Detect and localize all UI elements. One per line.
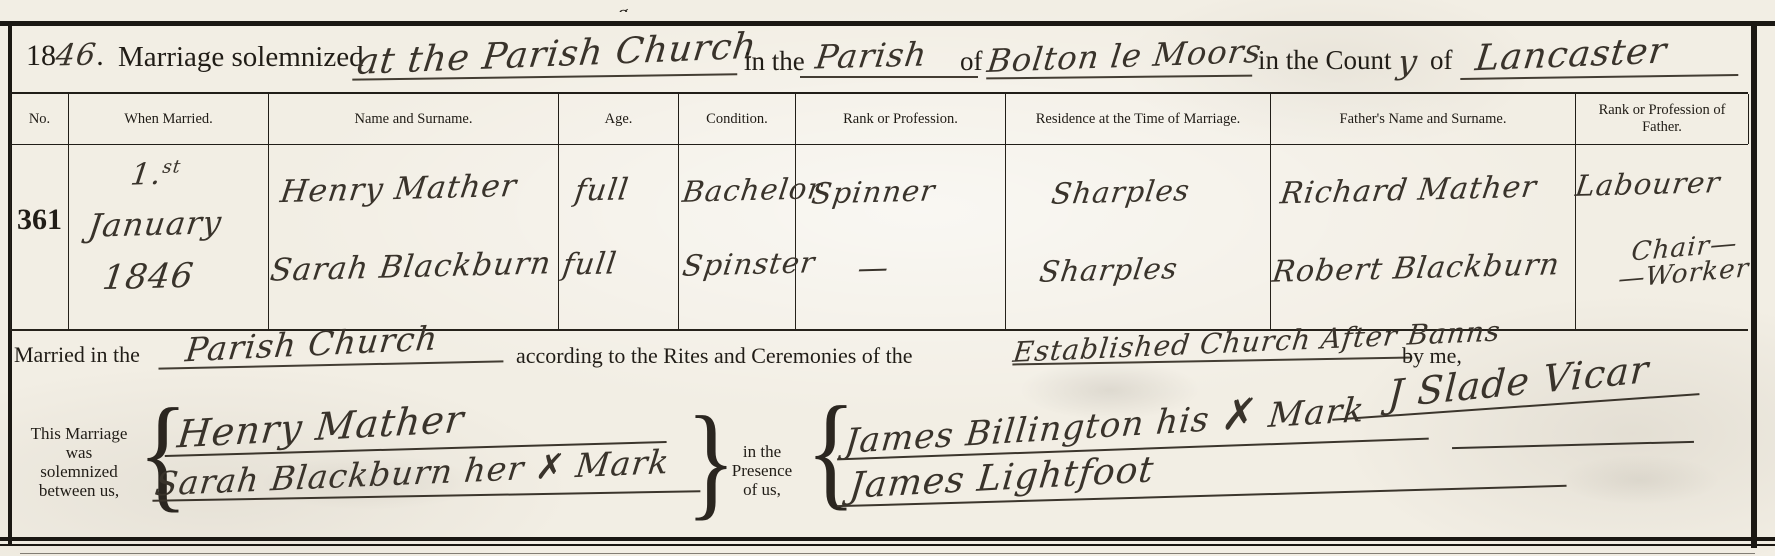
col-header-condition: Condition. [679, 94, 796, 144]
bottom-border-outer [0, 537, 1775, 541]
col-header-age: Age. [559, 94, 679, 144]
witness1-cross-mark: ✗ [1219, 389, 1259, 440]
table-row: 361 1.st January 1846 Henry Mather Sarah… [10, 145, 1748, 331]
cell-father-rank: Labourer Chair— —Worker [1576, 145, 1749, 329]
county-y-handwritten: y [1395, 42, 1420, 82]
label-line-1: This Marriage [10, 424, 148, 443]
groom-name: Henry Mather [278, 168, 519, 210]
col-header-when-married: When Married. [69, 94, 269, 144]
bride-signature-line: Sarah Blackburn her ✗ Mark [152, 443, 701, 502]
place-handwritten: at the Parish Church [355, 26, 759, 83]
cell-age: full full [559, 145, 679, 329]
col-header-name-surname: Name and Surname. [269, 94, 559, 144]
record-day-suffix: st [161, 156, 182, 177]
record-year: 1846 [100, 256, 196, 298]
table-header-row: No. When Married. Name and Surname. Age.… [10, 92, 1748, 145]
ceremony-married-in-the: Married in the [14, 342, 140, 368]
groom-father-name: Richard Mather [1278, 170, 1539, 212]
bride-cross-mark: ✗ [534, 447, 567, 488]
ceremony-rites-printed: according to the Rites and Ceremonies of… [516, 343, 913, 369]
heading-of-2: of [1430, 45, 1453, 76]
heading-parish-entry: Parish [800, 38, 978, 78]
bride-profession: — [856, 251, 892, 287]
ceremony-church-entry: Parish Church [158, 316, 504, 369]
presence-line-1: in the [716, 442, 808, 461]
right-border [1751, 21, 1757, 548]
record-number: 361 [11, 203, 68, 237]
cell-rank-profession: Spinner — [796, 145, 1006, 329]
bride-father-name: Robert Blackburn [1270, 247, 1562, 289]
groom-father-profession: Labourer [1573, 165, 1722, 203]
cell-residence: Sharples Sharples [1006, 145, 1271, 329]
bottom-border-inner [0, 544, 1775, 546]
register-table: No. When Married. Name and Surname. Age.… [10, 92, 1748, 331]
record-month: January [86, 203, 224, 244]
bride-name: Sarah Blackburn [268, 245, 554, 288]
col-header-father-name: Father's Name and Surname. [1271, 94, 1576, 144]
top-edge-fragment: g [618, 0, 738, 12]
heading-of-1: of [960, 46, 983, 77]
witness1-mark-label: Mark [1267, 390, 1367, 436]
heading-parish-name-entry: Bolton le Moors [986, 35, 1252, 80]
heading-county-printed: in the Count [1258, 45, 1392, 76]
cell-when-married: 1.st January 1846 [69, 145, 269, 329]
groom-age: full [573, 172, 631, 208]
cell-name-surname: Henry Mather Sarah Blackburn [269, 145, 559, 329]
heading-year: 1846. [26, 38, 104, 73]
col-header-no: No. [11, 94, 69, 144]
record-day: 1.st [129, 156, 183, 192]
label-line-3: solemnized [10, 462, 148, 481]
col-header-father-rank: Rank or Profession of Father. [1576, 94, 1749, 144]
bride-residence: Sharples [1037, 251, 1180, 289]
parish-name-handwritten: Bolton le Moors [985, 32, 1264, 80]
witness2-signature: James Lightfoot [848, 449, 1157, 507]
presence-line-3: of us, [716, 480, 808, 499]
label-line-4: between us, [10, 481, 148, 500]
col-header-residence: Residence at the Time of Marriage. [1006, 94, 1271, 144]
ceremony-rites-entry: Established Church After Banns [1012, 315, 1413, 366]
year-printed: 18 [26, 39, 56, 72]
col-header-rank-profession: Rank or Profession. [796, 94, 1006, 144]
heading-place-entry: at the Parish Church [352, 33, 738, 80]
cell-no: 361 [11, 145, 69, 329]
next-row-rule [20, 553, 1755, 554]
church-handwritten: Parish Church [183, 318, 440, 369]
presence-line-2: Presence [716, 461, 808, 480]
marriage-register-scan: g 1846. Marriage solemnized at the Paris… [0, 0, 1775, 556]
cell-condition: Bachelor Spinster [679, 145, 796, 329]
groom-profession: Spinner [810, 173, 938, 210]
bride-signature: Sarah Blackburn her ✗ Mark [153, 442, 672, 504]
bride-mark-label: Mark [574, 442, 672, 485]
top-border [0, 21, 1775, 26]
marriage-solemnized-label: This Marriage was solemnized between us, [10, 424, 148, 500]
groom-residence: Sharples [1049, 173, 1192, 211]
label-line-2: was [10, 443, 148, 462]
county-handwritten: Lancaster [1473, 31, 1669, 80]
heading-solemnized: Marriage solemnized [118, 41, 364, 74]
ink-smudge [1560, 455, 1720, 505]
heading-in-the: in the [744, 46, 805, 77]
year-handwritten: 46 [54, 37, 99, 73]
parish-handwritten: Parish [813, 35, 929, 77]
heading-county-entry: Lancaster [1460, 32, 1739, 80]
cell-father-name: Richard Mather Robert Blackburn [1271, 145, 1576, 329]
presence-label: in the Presence of us, [716, 442, 808, 499]
bride-age: full [561, 246, 619, 282]
